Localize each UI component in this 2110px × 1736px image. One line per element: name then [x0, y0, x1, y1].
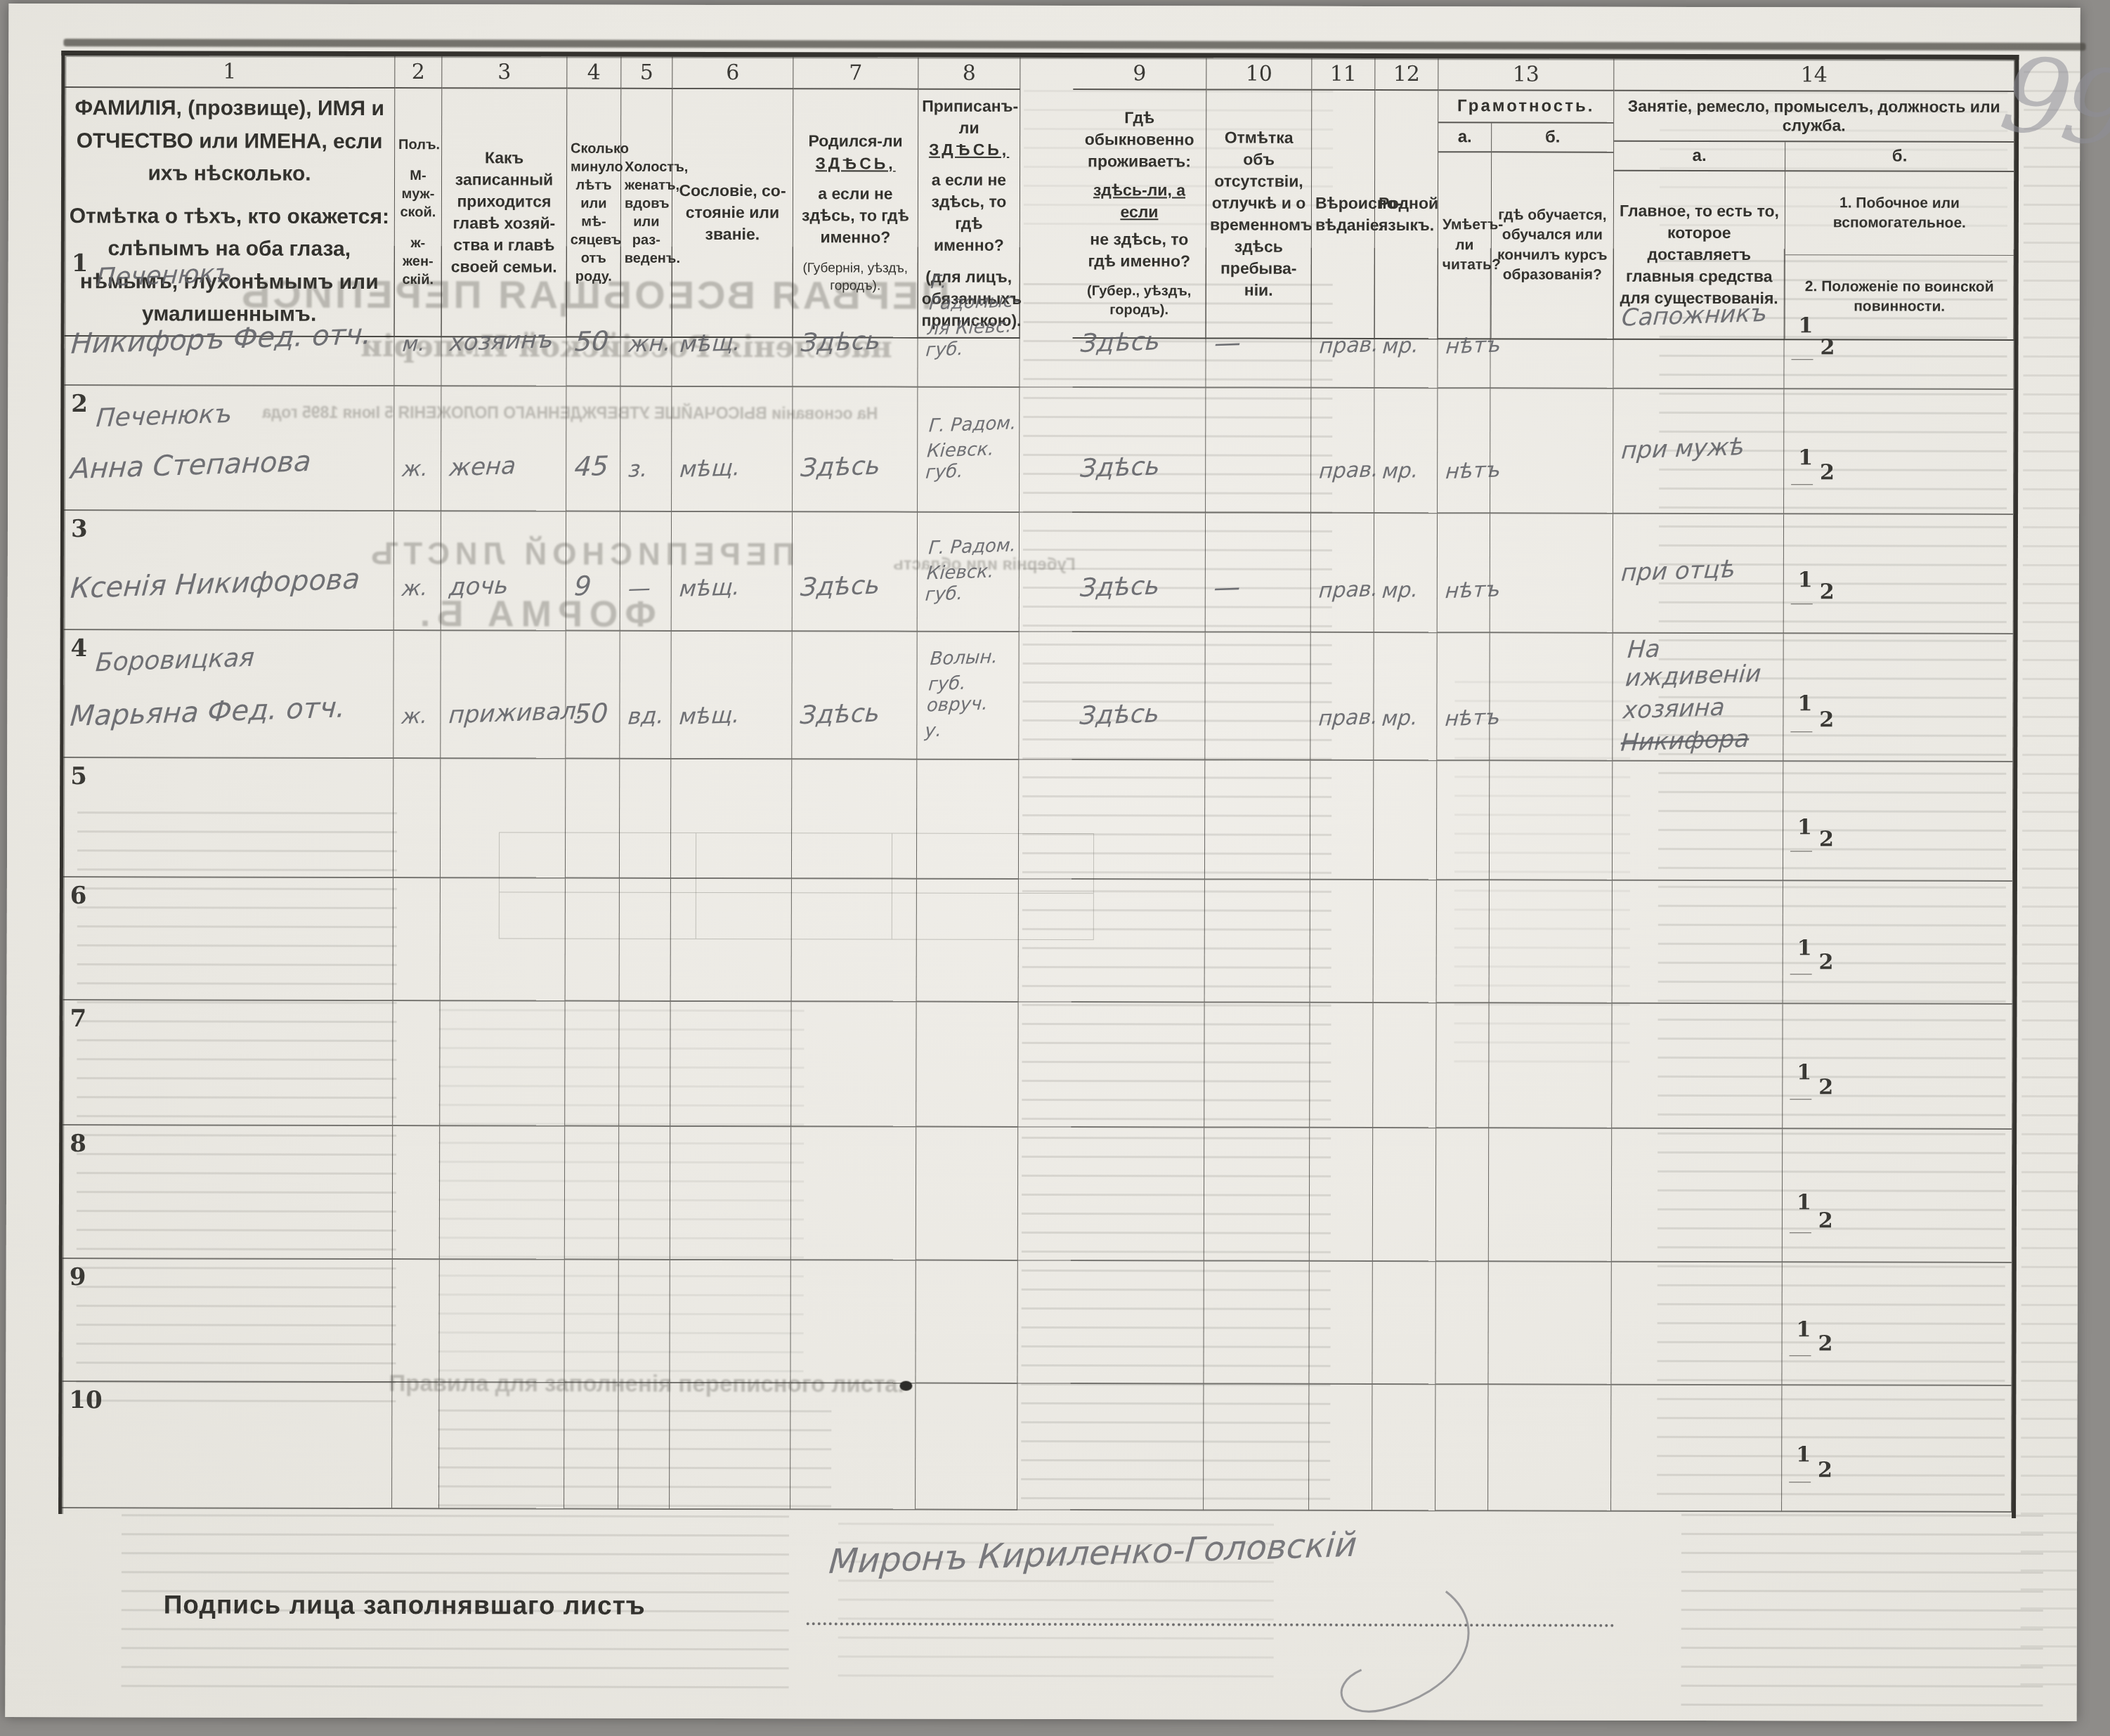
cell-row10-lives: [1070, 1384, 1204, 1510]
column-number: 10: [1206, 58, 1312, 90]
header-subcolumn-b-label: б.: [1492, 123, 1613, 152]
cell-row5-religion: [1310, 761, 1374, 880]
row-number: 3: [71, 515, 88, 543]
header-text: Занятіе, ремесло, промыселъ, должность и…: [1614, 91, 2014, 143]
cell-row5-marital: [620, 759, 671, 879]
fold-gap: [1019, 880, 1072, 1003]
cell-row5-relation: [441, 759, 566, 878]
census-table: 1 2 3 4 5 6 7 8 9 10 11 12 13 14 ФАМИЛІЯ…: [58, 51, 2019, 1518]
cell-row2-relation: жена: [441, 386, 566, 511]
cell-row4-sex: ж.: [393, 631, 441, 759]
cell-row4-name: 4БоровицкаяМарьяна Фед. отч.: [63, 630, 393, 759]
cell-row6-occupation: [1613, 881, 1783, 1005]
cell-row1-schooling: [1490, 248, 1613, 389]
header-text: Родился-ли: [797, 131, 914, 152]
bleedthrough-margin-column: [2021, 71, 2080, 1701]
fold-gap: [1020, 513, 1072, 632]
cell-row5-sex: [393, 759, 441, 878]
column-number: 13: [1438, 58, 1614, 91]
cell-row7-language: [1373, 1003, 1436, 1128]
cell-row2-schooling: [1490, 389, 1613, 514]
cell-row9-estate: [670, 1260, 790, 1383]
age-handwriting: 50: [573, 698, 609, 730]
surname-handwriting: Печенюкъ: [95, 400, 233, 433]
cell-row2-absence: [1206, 388, 1311, 513]
cell-row2-marital: з.: [620, 387, 672, 512]
lives-handwriting: Здѣсь: [1080, 327, 1161, 358]
cell-row2-born: Здѣсь: [793, 387, 918, 512]
cell-row8-absence: [1204, 1128, 1310, 1261]
cell-row10-relation: [439, 1383, 564, 1509]
cell-row7-registered: [916, 1003, 1018, 1128]
cell-row10-registered: [916, 1384, 1017, 1510]
estate-handwriting: мѣщ.: [678, 701, 741, 730]
header-subcolumn-a-label: a.: [1438, 123, 1491, 152]
born-handwriting: Здѣсь: [800, 570, 881, 602]
cell-row5-born: [792, 759, 917, 879]
column-number-row: 1 2 3 4 5 6 7 8 9 10 11 12 13 14: [65, 56, 2014, 92]
given-name-handwriting: Марьяна Фед. отч.: [69, 691, 346, 733]
fold-gap: [1017, 1384, 1070, 1510]
header-text: ФАМИЛІЯ, (прозвище), ИМЯ и ОТЧЕСТВО или …: [68, 92, 391, 190]
cell-row10-age: [564, 1383, 618, 1510]
cell-row7-occupation: [1612, 1004, 1783, 1130]
census-sheet-paper: ПЕРВАЯ ВСЕОБЩАЯ ПЕРЕПИСЬ населенія Россі…: [5, 4, 2080, 1719]
subcell-label-1: 1: [1791, 443, 1813, 485]
cell-row8-schooling: [1489, 1128, 1612, 1262]
cell-row6-absence: [1205, 880, 1310, 1003]
subcell-label-2: 2: [1812, 705, 1834, 732]
cell-row3-religion: прав.: [1311, 514, 1374, 633]
cell-row5-age: [566, 759, 620, 879]
cell-row5-literacy: [1437, 761, 1490, 880]
header-text: Полъ.: [398, 136, 438, 154]
cell-row7-occupation-secondary: 12: [1783, 1004, 2012, 1130]
header-text: Гдѣ обыкновенно проживаетъ:: [1076, 107, 1202, 173]
signature-flourish: [1298, 1587, 1551, 1719]
cell-row1-marital: жн.: [620, 247, 672, 387]
cell-row8-occupation-secondary: 12: [1783, 1129, 2012, 1263]
cell-row7-literacy: [1436, 1003, 1489, 1128]
cell-row4-born: Здѣсь: [792, 632, 917, 759]
cell-row4-lives: Здѣсь: [1072, 632, 1205, 760]
lives-handwriting: Здѣсь: [1079, 452, 1161, 483]
cell-row2-occupation: при мужѣ: [1613, 389, 1784, 515]
cell-row2-religion: прав.: [1311, 389, 1374, 514]
lives-handwriting: Здѣсь: [1079, 699, 1160, 731]
pencil-page-number: 99: [1993, 32, 2110, 174]
cell-row9-born: [790, 1260, 916, 1383]
cell-row4-age: 50: [566, 632, 620, 759]
surname-handwriting: Боровицкая: [95, 644, 256, 678]
fold-gap: [1019, 760, 1072, 880]
subcell-label-1: 1: [1791, 565, 1813, 604]
subcell-label-1: 1: [1790, 934, 1812, 975]
cell-row5-absence: [1205, 760, 1310, 880]
column-number: 9: [1073, 58, 1206, 90]
header-text: а если не здѣсь, то гдѣ именно?: [797, 183, 914, 248]
cell-row9-occupation: [1611, 1262, 1782, 1386]
table-row-7: 712: [63, 1000, 2012, 1130]
cell-row3-absence: —: [1206, 513, 1311, 632]
cell-row7-religion: [1310, 1003, 1373, 1128]
born-handwriting: Здѣсь: [800, 451, 881, 483]
given-name-handwriting: Никифоръ Фед. отч.: [70, 318, 372, 360]
marital-handwriting: вд.: [627, 702, 665, 730]
subcell-label-2: 2: [1812, 824, 1834, 851]
language-handwriting: мр.: [1382, 333, 1420, 359]
cell-row4-relation: приживал.: [441, 631, 566, 759]
header-subcolumn-a-label: a.: [1614, 142, 1785, 172]
subcell-label-2: 2: [1811, 1072, 1833, 1099]
cell-row1-relation: хозяинъ: [441, 246, 566, 386]
cell-row3-sex: ж.: [394, 511, 441, 631]
cell-row8-language: [1373, 1128, 1436, 1262]
cell-row8-born: [791, 1127, 916, 1260]
cell-row8-name: 8: [63, 1125, 393, 1260]
cell-row9-name: 9: [62, 1259, 392, 1383]
cell-row3-age: 9: [566, 512, 620, 632]
cell-row10-occupation-secondary: 12: [1782, 1385, 2012, 1513]
cell-row6-occupation-secondary: 12: [1783, 881, 2013, 1005]
cell-row6-registered: [917, 880, 1019, 1003]
column-number: 5: [621, 57, 672, 89]
cell-row2-name: 2ПеченюкъАнна Степанова: [64, 386, 394, 511]
cell-row7-absence: [1204, 1003, 1310, 1128]
subcell-label-1: 1: [1792, 311, 1813, 360]
cell-row4-language: мр.: [1374, 633, 1437, 761]
religion-handwriting: прав.: [1319, 332, 1380, 359]
cell-row10-name: 10: [62, 1382, 392, 1509]
cell-row7-schooling: [1489, 1003, 1612, 1128]
subcell-label-2: 2: [1811, 1329, 1832, 1356]
cell-row8-religion: [1310, 1128, 1373, 1262]
cell-row6-estate: [671, 879, 792, 1002]
column-number: 3: [442, 56, 567, 89]
cell-row10-sex: [392, 1383, 439, 1509]
sheet-top-edge-shadow: [63, 39, 2085, 51]
religion-handwriting: прав.: [1318, 457, 1379, 484]
cell-row10-occupation: [1611, 1385, 1782, 1513]
column-number: 14: [1614, 59, 2014, 92]
row-number: 1: [72, 249, 89, 278]
cell-row9-marital: [618, 1260, 670, 1383]
registered-place-handwriting: Волын.губ. овруч.у.: [924, 646, 1022, 742]
cell-row7-lives: [1071, 1003, 1204, 1128]
ink-blot: [899, 1381, 912, 1391]
cell-row6-sex: [393, 878, 441, 1001]
subcell-label-2: 2: [1813, 457, 1835, 485]
subcell-label-2: 2: [1811, 1206, 1833, 1233]
table-row-5: 512: [63, 758, 2013, 882]
cell-row6-name: 6: [63, 877, 393, 1001]
header-subcolumn-b-label: б.: [1785, 142, 2014, 172]
cell-row9-absence: [1204, 1261, 1309, 1384]
cell-row1-name: 1ПеченюкъНикифоръ Фед. отч.: [64, 245, 394, 386]
cell-row7-sex: [393, 1001, 440, 1126]
row-number: 9: [70, 1263, 86, 1291]
marital-handwriting: з.: [627, 455, 649, 483]
cell-row5-occupation: [1613, 762, 1783, 882]
table-row-8: 812: [63, 1125, 2012, 1263]
language-handwriting: мр.: [1381, 705, 1419, 731]
cell-row8-literacy: [1436, 1128, 1489, 1262]
religion-handwriting: прав.: [1317, 705, 1379, 731]
cell-row4-religion: прав.: [1310, 633, 1374, 761]
cell-row10-born: [790, 1383, 916, 1510]
cell-row9-religion: [1309, 1262, 1372, 1385]
cell-row7-name: 7: [63, 1000, 393, 1126]
cell-row1-literacy: нѣтъ: [1438, 248, 1490, 389]
column-number: 11: [1312, 58, 1375, 91]
sex-handwriting: м.: [402, 332, 426, 357]
cell-row3-schooling: [1490, 514, 1613, 633]
header-row: ФАМИЛІЯ, (прозвище), ИМЯ и ОТЧЕСТВО или …: [65, 88, 2014, 249]
cell-row1-occupation: Сапожникъ: [1613, 249, 1784, 390]
sex-handwriting: ж.: [400, 704, 428, 729]
fold-gap: [1018, 1003, 1071, 1128]
occupation-handwriting: Сапожникъ: [1621, 299, 1769, 332]
table-row-4: 4БоровицкаяМарьяна Фед. отч.ж.приживал.5…: [63, 630, 2013, 762]
table-row-9: 912: [62, 1259, 2012, 1386]
row-number: 7: [70, 1005, 86, 1033]
table-row-3: 3Ксенія Никифороваж.дочь9—мѣщ.ЗдѣсьГ. Ра…: [64, 511, 2014, 634]
cell-row3-occupation: при отцѣ: [1613, 514, 1784, 634]
cell-row9-schooling: [1488, 1262, 1611, 1385]
subcell-label-1: 1: [1789, 1440, 1811, 1483]
cell-row2-lives: Здѣсь: [1072, 388, 1206, 513]
cell-row6-marital: [620, 879, 671, 1002]
born-handwriting: Здѣсь: [800, 326, 882, 358]
fold-gap: [1019, 632, 1072, 760]
cell-row3-born: Здѣсь: [793, 512, 918, 632]
registered-place-handwriting: Г. Радом.Кіевск. губ.: [925, 535, 1021, 606]
header-text: 1. Побочное или вспомогательное.: [1785, 171, 2014, 256]
cell-row1-religion: прав.: [1311, 248, 1374, 389]
cell-row1-born: Здѣсь: [793, 247, 918, 387]
table-row-10: 1012: [62, 1382, 2012, 1513]
language-handwriting: мр.: [1381, 577, 1419, 603]
table-row-1: 1ПеченюкъНикифоръ Фед. отч.м.хозяинъ50жн…: [64, 245, 2014, 390]
header-text: Приписанъ-ли: [922, 95, 1016, 138]
marital-handwriting: —: [627, 575, 652, 602]
cell-row1-absence: —: [1206, 247, 1311, 388]
header-text: Грамотность.: [1438, 91, 1613, 124]
cell-row8-lives: [1071, 1128, 1204, 1261]
lives-handwriting: Здѣсь: [1079, 571, 1161, 603]
cell-row6-language: [1374, 880, 1437, 1003]
column-number: 6: [672, 57, 793, 89]
sex-handwriting: ж.: [401, 576, 429, 601]
cell-row4-absence: [1205, 632, 1310, 760]
cell-row5-name: 5: [63, 758, 393, 878]
age-handwriting: 9: [573, 570, 592, 602]
cell-row5-estate: [671, 759, 792, 879]
cell-row10-marital: [618, 1383, 670, 1510]
cell-row10-absence: [1204, 1384, 1309, 1510]
subcell-label-1: 1: [1790, 1057, 1811, 1099]
cell-row5-lives: [1072, 760, 1205, 880]
estate-handwriting: мѣщ.: [679, 573, 741, 602]
cell-row7-estate: [670, 1002, 791, 1127]
subcell-label-2: 2: [1812, 947, 1834, 974]
relation-handwriting: хозяинъ: [449, 325, 555, 357]
row-number: 2: [71, 390, 88, 418]
given-name-handwriting: Ксенія Никифорова: [70, 563, 361, 605]
cell-row2-literacy: нѣтъ: [1438, 389, 1490, 514]
given-name-handwriting: Анна Степанова: [70, 445, 312, 485]
column-number: 4: [567, 57, 621, 89]
cell-row9-language: [1372, 1262, 1435, 1385]
cell-row2-age: 45: [566, 387, 620, 512]
column-number: 1: [65, 56, 395, 89]
cell-row4-schooling: [1490, 633, 1613, 761]
cell-row6-lives: [1072, 880, 1205, 1003]
cell-row2-occupation-secondary: 12: [1784, 389, 2014, 515]
cell-row1-lives: Здѣсь: [1072, 247, 1206, 388]
cell-row1-sex: м.: [394, 246, 441, 386]
relation-handwriting: дочь: [448, 571, 509, 601]
cell-row1-occupation-secondary: 12: [1784, 249, 2014, 390]
cell-row2-registered: Г. Радом.Кіевск. губ.: [918, 388, 1020, 513]
cell-row8-age: [565, 1127, 619, 1260]
occupation-handwriting: при отцѣ: [1620, 555, 1737, 587]
born-handwriting: Здѣсь: [799, 698, 880, 730]
cell-row8-relation: [440, 1126, 565, 1260]
cell-row4-estate: мѣщ.: [671, 632, 792, 759]
cell-row6-religion: [1310, 880, 1374, 1003]
cell-row5-schooling: [1490, 761, 1613, 880]
sex-handwriting: ж.: [401, 457, 429, 482]
cell-row7-born: [791, 1002, 916, 1127]
cell-row9-registered: [916, 1261, 1017, 1384]
cell-row8-sex: [393, 1126, 440, 1260]
cell-row1-registered: Г. Радомыс-ля Кіевс. губ.: [918, 247, 1020, 388]
subcell-label-2: 2: [1813, 577, 1835, 604]
cell-row4-registered: Волын.губ. овруч.у.: [917, 632, 1019, 760]
cell-row8-marital: [619, 1127, 670, 1260]
signature-label: Подпись лица заполнявшаго листъ: [164, 1590, 646, 1620]
subcell-label-2: 2: [1811, 1455, 1832, 1482]
religion-handwriting: прав.: [1318, 577, 1379, 603]
header-text: а если не здѣсь, то гдѣ именно?: [922, 169, 1016, 256]
cell-row3-literacy: нѣтъ: [1438, 514, 1490, 633]
table-row-2: 2ПеченюкъАнна Степановаж.жена45з.мѣщ.Здѣ…: [64, 386, 2014, 515]
cell-row3-lives: Здѣсь: [1072, 513, 1206, 632]
cell-row1-estate: мѣщ.: [672, 247, 793, 387]
language-handwriting: мр.: [1381, 458, 1419, 484]
cell-row4-literacy: нѣтъ: [1437, 633, 1490, 761]
signature-area: Подпись лица заполнявшаго листъ Миронъ К…: [5, 1577, 2076, 1719]
cell-row4-marital: вд.: [620, 632, 671, 759]
cell-row4-occupation: На иждивеніихозяинаНикифора: [1613, 634, 1783, 762]
cell-row9-occupation-secondary: 12: [1782, 1262, 2012, 1386]
cell-row5-language: [1374, 761, 1437, 880]
cell-row2-sex: ж.: [394, 386, 441, 511]
cell-row4-occupation-secondary: 12: [1783, 634, 2013, 762]
cell-row1-age: 50: [566, 247, 620, 387]
cell-row5-occupation-secondary: 12: [1783, 762, 2013, 882]
cell-row8-occupation: [1612, 1129, 1783, 1263]
absence-handwriting: —: [1213, 327, 1242, 358]
registered-place-handwriting: Г. Радомыс-ля Кіевс. губ.: [925, 269, 1022, 361]
fold-gap: [1020, 247, 1072, 388]
fold-gap: [1017, 1261, 1070, 1384]
cell-row8-estate: [670, 1127, 791, 1260]
absence-handwriting: —: [1213, 571, 1242, 603]
cell-row6-age: [566, 879, 620, 1002]
subcell-label-1: 1: [1790, 1315, 1811, 1357]
cell-row9-lives: [1070, 1261, 1204, 1384]
header-text: ЗДѢСЬ,: [922, 138, 1016, 160]
row-number: 4: [71, 634, 88, 663]
row-number: 6: [70, 882, 87, 910]
enumerator-signature: Миронъ Кириленко-Головскій: [828, 1525, 1358, 1582]
subcell-label-1: 1: [1790, 689, 1812, 733]
marital-handwriting: жн.: [628, 329, 672, 358]
occupation-handwriting: при мужѣ: [1620, 433, 1746, 465]
row-number: 5: [70, 762, 87, 790]
cell-row3-relation: дочь: [441, 511, 566, 631]
subcell-label-1: 1: [1790, 1187, 1811, 1233]
fold-gap: [1018, 1128, 1071, 1261]
cell-row6-schooling: [1490, 880, 1613, 1003]
registered-place-handwriting: Г. Радом.Кіевск. губ.: [925, 412, 1021, 483]
cell-row6-born: [792, 879, 917, 1002]
column-number: 7: [793, 57, 918, 89]
cell-row7-relation: [440, 1001, 565, 1126]
table-body: 1ПеченюкъНикифоръ Фед. отч.м.хозяинъ50жн…: [62, 245, 2014, 1513]
header-text: ЗДѢСЬ,: [797, 152, 914, 174]
cell-row3-registered: Г. Радом.Кіевск. губ.: [918, 513, 1020, 632]
occupation-handwriting: На иждивеніихозяинаНикифора: [1620, 631, 1788, 757]
cell-row10-estate: [670, 1383, 790, 1510]
cell-row3-estate: мѣщ.: [672, 512, 793, 632]
cell-row7-marital: [619, 1002, 670, 1127]
cell-row9-relation: [439, 1260, 564, 1383]
cell-row9-sex: [392, 1260, 439, 1383]
cell-row9-literacy: [1435, 1262, 1488, 1385]
subcell-label-1: 1: [1790, 812, 1812, 851]
cell-row10-language: [1372, 1385, 1435, 1511]
cell-row1-language: мр.: [1374, 248, 1438, 389]
fold-gap: [1020, 58, 1073, 90]
cell-row3-name: 3Ксенія Никифорова: [64, 511, 394, 631]
row-number: 8: [70, 1130, 86, 1158]
estate-handwriting: мѣщ.: [679, 454, 741, 483]
header-text: здѣсь-ли, а если: [1076, 179, 1202, 223]
column-number: 8: [918, 58, 1020, 90]
header-text: М-муж-ской.: [398, 167, 438, 221]
row-number: 10: [69, 1386, 102, 1414]
cell-row6-relation: [441, 878, 566, 1001]
column-number: 2: [395, 56, 442, 89]
cell-row2-estate: мѣщ.: [672, 387, 793, 512]
cell-row8-registered: [916, 1128, 1018, 1261]
age-handwriting: 50: [574, 325, 611, 358]
cell-row10-literacy: [1435, 1385, 1488, 1511]
column-number: 12: [1375, 58, 1438, 91]
subcell-label-2: 2: [1813, 332, 1835, 360]
cell-row10-schooling: [1488, 1385, 1611, 1511]
age-handwriting: 45: [573, 450, 610, 483]
cell-row6-literacy: [1437, 880, 1490, 1003]
estate-handwriting: мѣщ.: [679, 329, 742, 358]
cell-row7-age: [565, 1002, 619, 1127]
relation-handwriting: приживал.: [448, 697, 585, 729]
fold-gap: [1020, 388, 1072, 513]
table-row-6: 612: [63, 877, 2013, 1005]
